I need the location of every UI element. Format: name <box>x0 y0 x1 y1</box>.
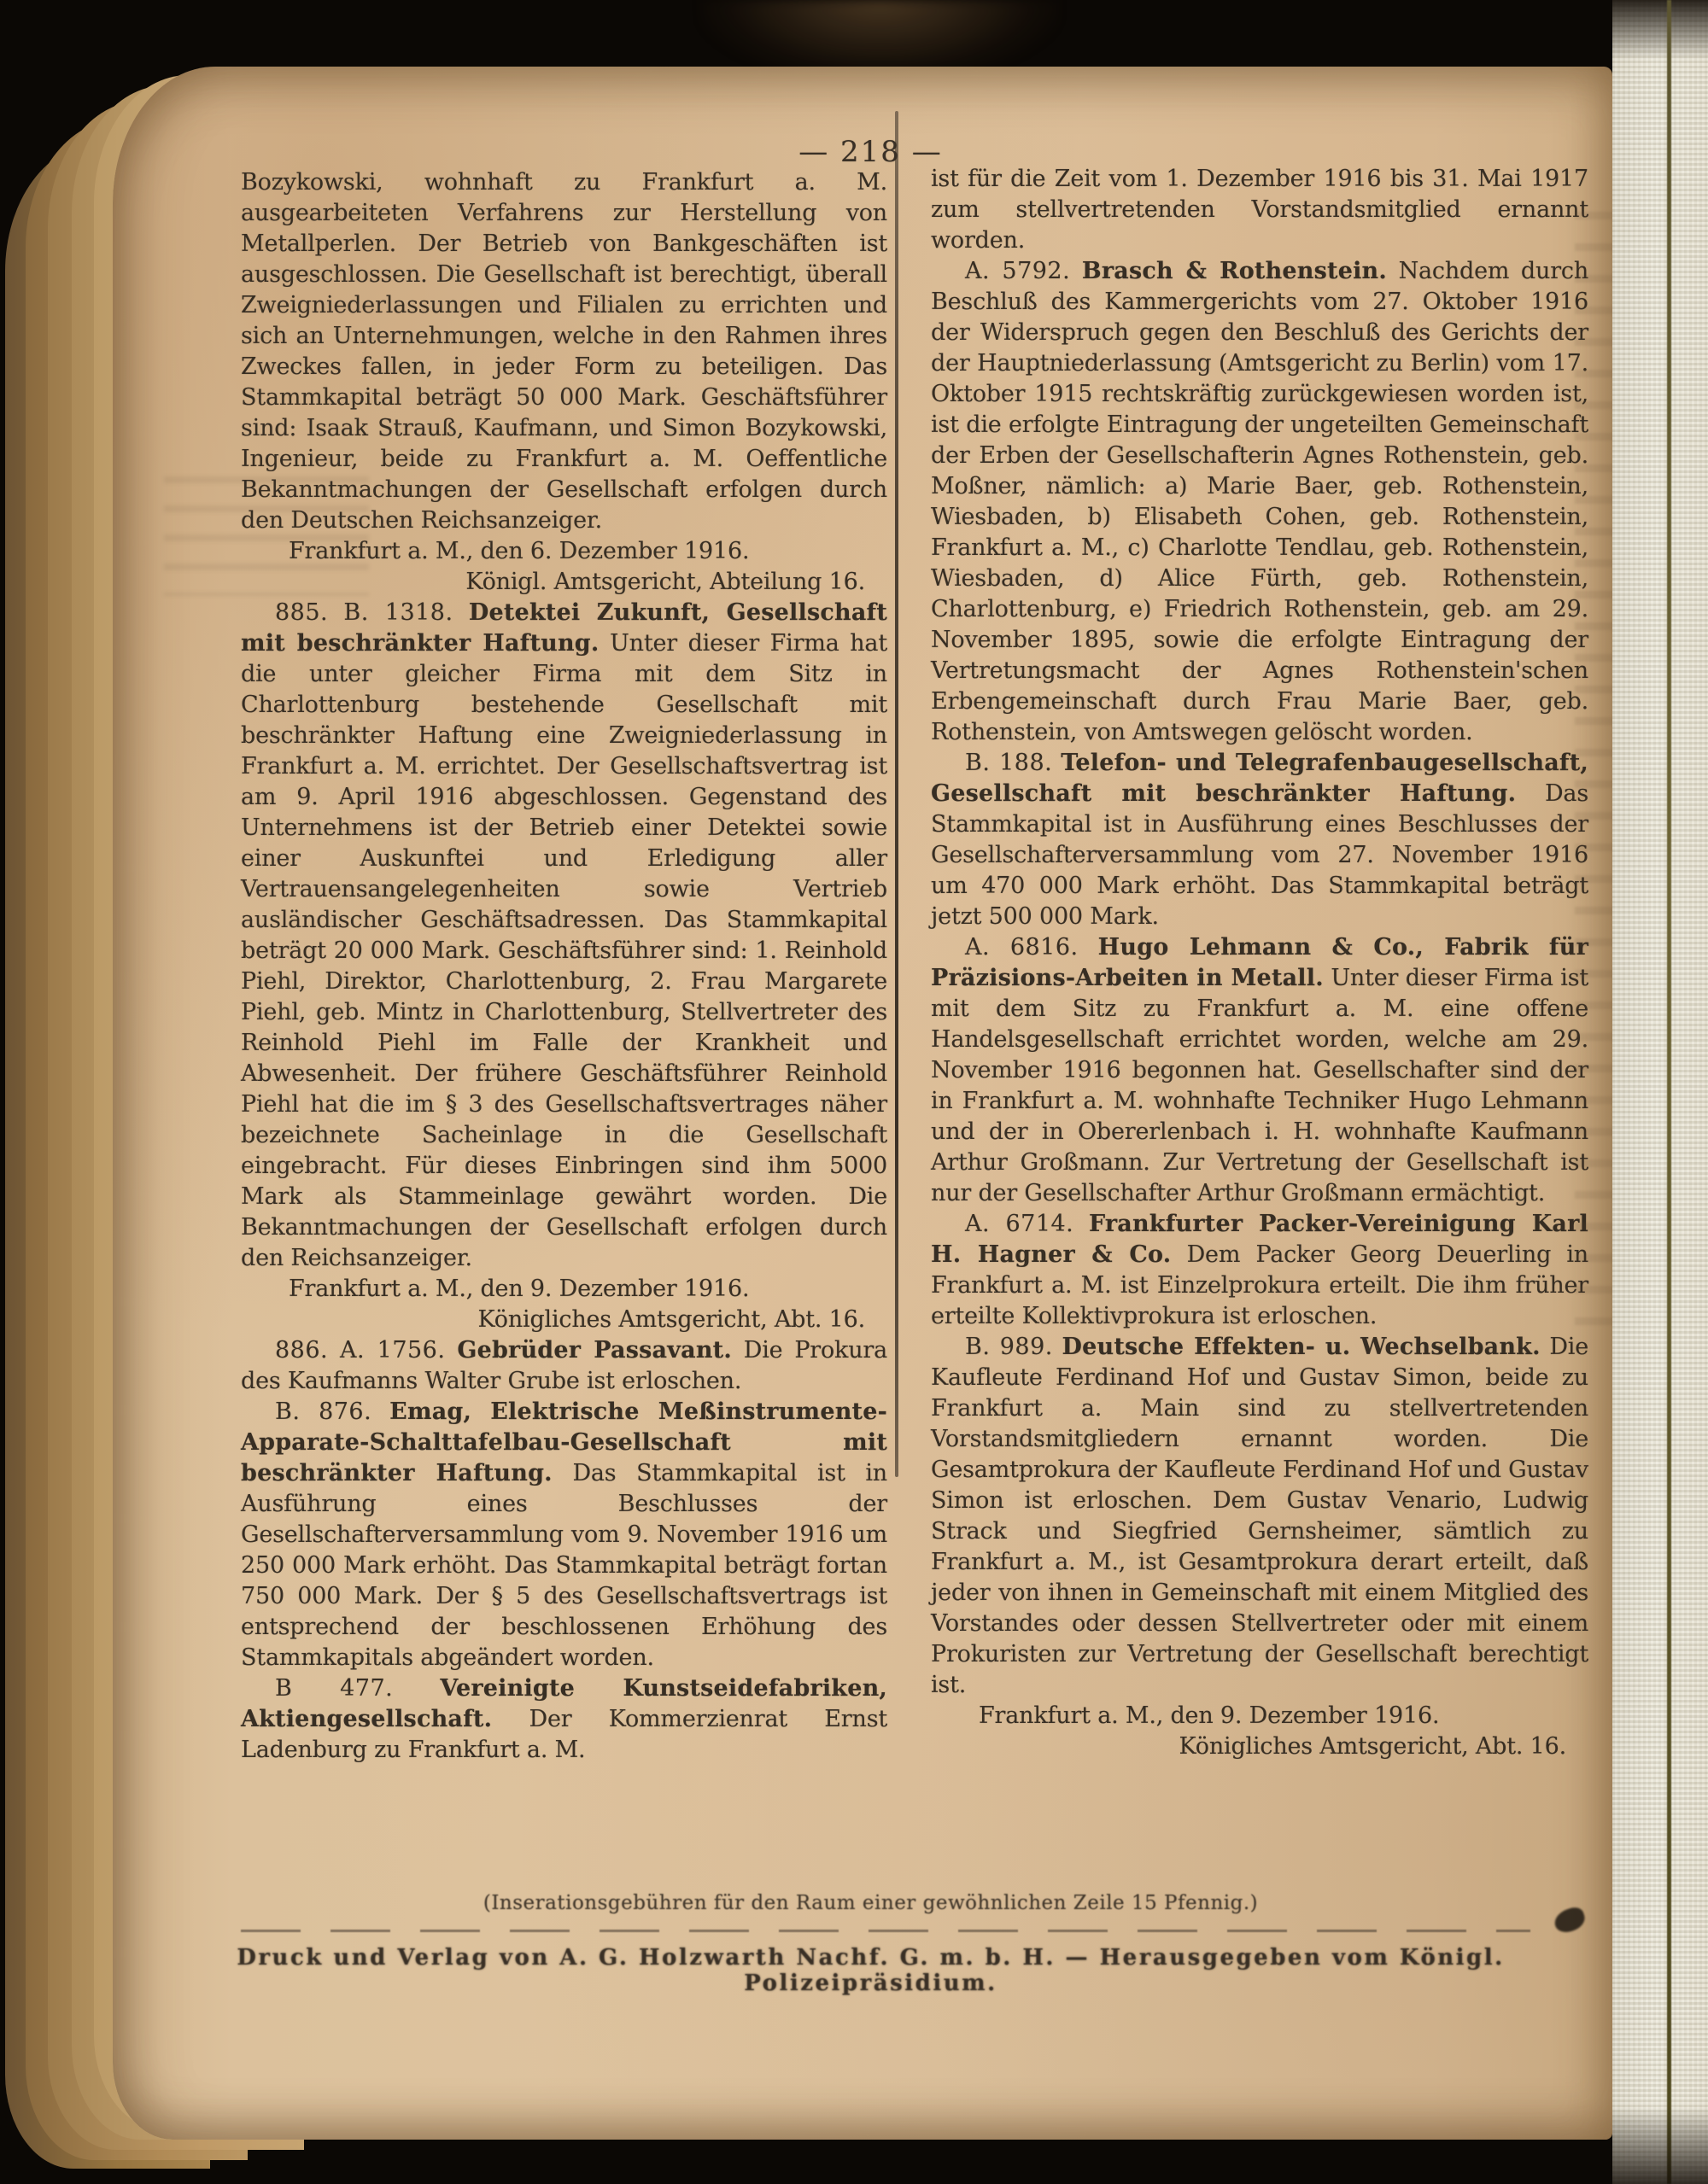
entry-firm-title: Gebrüder Passavant. <box>457 1337 732 1364</box>
register-entry-a5792: A. 5792. Brasch & Rothenstein. Nachdem d… <box>931 256 1588 748</box>
entry-body: Die Kaufleute Ferdinand Hof und Gustav S… <box>931 1334 1588 1698</box>
register-entry-a6714: A. 6714. Frankfurter Packer-Vereinigung … <box>931 1209 1588 1332</box>
court-signature: Königliches Amtsgericht, Abt. 16. <box>241 1305 887 1335</box>
register-entry-885: 885. B. 1318. Detektei Zukunft, Gesellsc… <box>241 598 887 1274</box>
entry-register-id: A. 6816. <box>965 934 1079 961</box>
entry-register-id: B. 989. <box>965 1334 1053 1360</box>
dateline: Frankfurt a. M., den 6. Dezember 1916. <box>241 536 887 567</box>
entry-number: 886. <box>275 1337 328 1364</box>
entry-number: 885. <box>275 599 328 626</box>
dateline: Frankfurt a. M., den 9. Dezember 1916. <box>931 1701 1588 1731</box>
page-number-text: — 218 — <box>798 135 943 169</box>
court-signature: Königl. Amtsgericht, Abteilung 16. <box>241 567 887 598</box>
column-right: ist für die Zeit vom 1. Dezember 1916 bi… <box>931 164 1588 1762</box>
cloth-seam-line <box>1667 0 1671 2184</box>
paragraph-continuation: Bozykowski, wohnhaft zu Frankfurt a. M. … <box>241 167 887 536</box>
register-entry-b477: B 477. Vereinigte Kunstseidefabriken, Ak… <box>241 1673 887 1766</box>
paragraph-continuation: ist für die Zeit vom 1. Dezember 1916 bi… <box>931 164 1588 256</box>
entry-register-id: B. 1318. <box>343 599 453 626</box>
register-entry-b876: B. 876. Emag, Elektrische Meßinstrumente… <box>241 1397 887 1673</box>
column-left: Bozykowski, wohnhaft zu Frankfurt a. M. … <box>241 167 887 1766</box>
entry-register-id: B. 188. <box>965 750 1052 776</box>
entry-body: Unter dieser Firma ist mit dem Sitz zu F… <box>931 965 1588 1206</box>
entry-register-id: A. 5792. <box>965 258 1070 284</box>
register-entry-886: 886. A. 1756. Gebrüder Passavant. Die Pr… <box>241 1335 887 1397</box>
entry-firm-title: Brasch & Rothenstein. <box>1082 258 1387 284</box>
entry-body: Unter dieser Firma hat die unter gleiche… <box>241 630 887 1271</box>
column-divider-rule <box>895 111 898 1477</box>
entry-register-id: A. 6714. <box>965 1211 1073 1237</box>
entry-body: Das Stammkapital ist in Ausführung eines… <box>241 1460 887 1671</box>
footer-dashed-rule <box>241 1930 1530 1932</box>
gazette-page: — 218 — Bozykowski, wohnhaft zu Frankfur… <box>113 67 1612 2140</box>
register-entry-a6816: A. 6816. Hugo Lehmann & Co., Fabrik für … <box>931 932 1588 1209</box>
imprint-line: Druck und Verlag von A. G. Holzwarth Nac… <box>113 1945 1629 1996</box>
entry-register-id: A. 1756. <box>340 1337 445 1364</box>
insertion-fees-note: (Inserationsgebühren für den Raum einer … <box>113 1892 1629 1914</box>
register-entry-b989: B. 989. Deutsche Effekten- u. Wechselban… <box>931 1332 1588 1701</box>
entry-register-id: B. 876. <box>275 1399 371 1425</box>
court-signature: Königliches Amtsgericht, Abt. 16. <box>931 1731 1588 1762</box>
register-entry-b188: B. 188. Telefon- und Telegrafenbaugesell… <box>931 748 1588 932</box>
entry-firm-title: Deutsche Effekten- u. Wechselbank. <box>1062 1334 1541 1360</box>
dateline: Frankfurt a. M., den 9. Dezember 1916. <box>241 1274 887 1305</box>
entry-body: Nachdem durch Beschluß des Kammergericht… <box>931 258 1588 745</box>
book-cloth-edge <box>1612 0 1708 2184</box>
entry-register-id: B 477. <box>275 1675 393 1702</box>
